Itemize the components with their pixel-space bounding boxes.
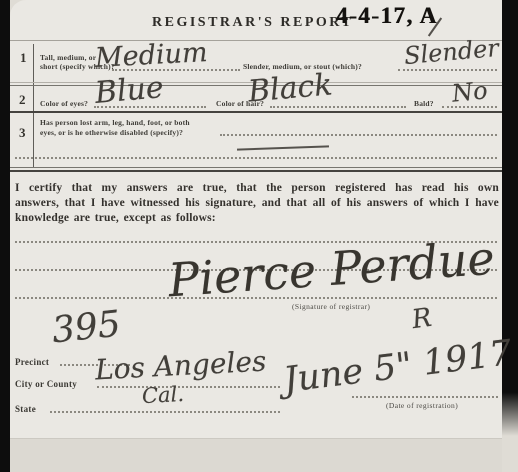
- certification-line3: knowledge are true, except as follows:: [15, 211, 499, 225]
- scan-edge-left: [0, 0, 10, 472]
- page-title: REGISTRAR'S REPORT: [152, 15, 353, 31]
- city-line: [97, 386, 280, 388]
- date-line: [352, 396, 498, 398]
- row2-separator: [10, 111, 502, 113]
- certification-line1: I certify that my answers are true, that…: [15, 181, 499, 195]
- section-rule-light: [10, 167, 502, 168]
- card-bottom-edge: [10, 438, 502, 472]
- row2-handwritten-hair: Black: [247, 70, 334, 107]
- number-column-divider: [33, 44, 34, 168]
- date-caption: (Date of registration): [386, 401, 458, 410]
- section-rule-dark: [10, 170, 502, 172]
- row2-number: 2: [19, 92, 26, 108]
- row2-answer-line-bald: [442, 106, 497, 108]
- row3-number: 3: [19, 125, 26, 141]
- row3-label-line1: Has person lost arm, leg, hand, foot, or…: [40, 118, 190, 127]
- state-line: [50, 411, 280, 413]
- row3-answer-line: [220, 134, 497, 136]
- certification-line2: answers, that I have witnessed his signa…: [15, 196, 499, 210]
- precinct-label: Precinct: [15, 357, 49, 367]
- city-label: City or County: [15, 379, 77, 389]
- row2-label-eyes: Color of eyes?: [40, 99, 88, 108]
- precinct-handwritten: 395: [50, 307, 122, 350]
- registrar-mark: R: [410, 305, 433, 333]
- row1-number: 1: [20, 50, 27, 66]
- registrar-report-card: REGISTRAR'S REPORT 4-4-17, A 1 Tall, med…: [0, 0, 518, 472]
- row2-answer-line-hair: [270, 106, 406, 108]
- row1-label-line1: Tall, medium, or: [40, 53, 96, 62]
- signature-caption: (Signature of registrar): [292, 302, 370, 311]
- row3-overflow-line: [15, 157, 497, 159]
- row2-handwritten-eyes: Blue: [94, 73, 165, 109]
- row3-label-line2: eyes, or is he otherwise disabled (speci…: [40, 128, 183, 137]
- date-stamp: 4-4-17, A: [336, 3, 438, 29]
- row2-label-bald: Bald?: [414, 99, 434, 108]
- row1-handwritten-build: Medium: [94, 39, 208, 72]
- row2-handwritten-bald: No: [451, 78, 489, 106]
- state-handwritten: Cal.: [141, 384, 184, 407]
- state-label: State: [15, 404, 36, 414]
